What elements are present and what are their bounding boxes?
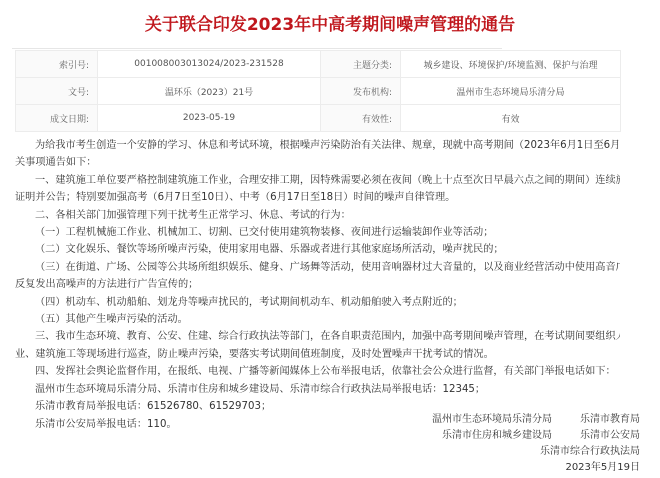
signatory-police-bureau: 乐清市公安局 xyxy=(580,428,640,444)
paragraph-item-1: 一、建筑施工单位要严格控制建筑施工作业，合理安排工期，因特殊需要必须在夜间（晚上… xyxy=(15,172,620,189)
validity-value: 有效 xyxy=(401,105,621,132)
validity-label: 有效性: xyxy=(321,105,401,132)
signature-row-3: 乐清市综合行政执法局 xyxy=(432,444,640,460)
written-date-value: 2023-05-19 xyxy=(98,105,321,132)
meta-row-index: 索引号: 001008003013024/2023-231528 主题分类: 城… xyxy=(16,51,621,78)
topic-category-label: 主题分类: xyxy=(321,51,401,78)
document-number-value: 温环乐（2023）21号 xyxy=(98,78,321,105)
paragraph-subitem-1: （一）工程机械施工作业、机械加工、切割、已交付使用建筑物装修、夜间进行运输装卸作… xyxy=(15,224,620,241)
paragraph-item-1-cont: 证明并公告；特别要加强高考（6月7日至10日）、中考（6月17日至18日）时间的… xyxy=(15,189,620,206)
document-metadata-table: 索引号: 001008003013024/2023-231528 主题分类: 城… xyxy=(15,50,621,132)
document-number-label: 文号: xyxy=(16,78,98,105)
signatory-education-bureau: 乐清市教育局 xyxy=(580,412,640,428)
signature-row-2: 乐清市住房和城乡建设局 乐清市公安局 xyxy=(432,428,640,444)
written-date-label: 成文日期: xyxy=(16,105,98,132)
signature-block: 温州市生态环境局乐清分局 乐清市教育局 乐清市住房和城乡建设局 乐清市公安局 乐… xyxy=(432,412,640,476)
index-number-value: 001008003013024/2023-231528 xyxy=(98,51,321,78)
hotline-12345: 温州市生态环境局乐清分局、乐清市住房和城乡建设局、乐清市综合行政执法局举报电话：… xyxy=(15,381,620,398)
paragraph-subitem-3-cont: 反复发出高噪声的方法进行广告宣传的； xyxy=(15,276,620,293)
paragraph-subitem-3: （三）在街道、广场、公园等公共场所组织娱乐、健身、广场舞等活动，使用音响器材过大… xyxy=(15,259,620,276)
paragraph-subitem-2: （二）文化娱乐、餐饮等场所噪声污染，使用家用电器、乐器或者进行其他家庭场所活动，… xyxy=(15,241,620,258)
paragraph-item-3-cont: 业、建筑施工等现场进行巡查，防止噪声污染，要落实考试期间值班制度，及时处置噪声干… xyxy=(15,346,620,363)
signature-date: 2023年5月19日 xyxy=(565,460,640,476)
signatory-ecology-bureau: 温州市生态环境局乐清分局 xyxy=(432,412,552,428)
paragraph-subitem-5: （五）其他产生噪声污染的活动。 xyxy=(15,311,620,328)
paragraph-intro-cont: 关事项通告如下： xyxy=(15,154,620,171)
paragraph-item-3: 三、我市生态环境、教育、公安、住建、综合行政执法等部门，在各自职责范围内，加强中… xyxy=(15,328,620,345)
signatory-enforcement-bureau: 乐清市综合行政执法局 xyxy=(540,444,640,460)
title-divider xyxy=(12,48,502,49)
paragraph-item-4: 四、发挥社会舆论监督作用，在报纸、电视、广播等新闻媒体上公布举报电话，依靠社会公… xyxy=(15,363,620,380)
paragraph-subitem-4: （四）机动车、机动船舶、划龙舟等噪声扰民的，考试期间机动车、机动船舶驶入考点附近… xyxy=(15,294,620,311)
signatory-housing-bureau: 乐清市住房和城乡建设局 xyxy=(442,428,552,444)
document-body: 为给我市考生创造一个安静的学习、休息和考试环境，根据噪声污染防治有关法律、规章，… xyxy=(15,137,620,433)
document-title: 关于联合印发2023年中高考期间噪声管理的通告 xyxy=(0,10,660,35)
paragraph-item-2: 二、各相关部门加强管理下列干扰考生正常学习、休息、考试的行为： xyxy=(15,207,620,224)
index-number-label: 索引号: xyxy=(16,51,98,78)
issuing-agency-label: 发布机构: xyxy=(321,78,401,105)
meta-row-docno: 文号: 温环乐（2023）21号 发布机构: 温州市生态环境局乐清分局 xyxy=(16,78,621,105)
signature-date-row: 2023年5月19日 xyxy=(432,460,640,476)
paragraph-intro: 为给我市考生创造一个安静的学习、休息和考试环境，根据噪声污染防治有关法律、规章，… xyxy=(15,137,620,154)
signature-row-1: 温州市生态环境局乐清分局 乐清市教育局 xyxy=(432,412,640,428)
topic-category-value: 城乡建设、环境保护/环境监测、保护与治理 xyxy=(401,51,621,78)
meta-row-date: 成文日期: 2023-05-19 有效性: 有效 xyxy=(16,105,621,132)
issuing-agency-value: 温州市生态环境局乐清分局 xyxy=(401,78,621,105)
